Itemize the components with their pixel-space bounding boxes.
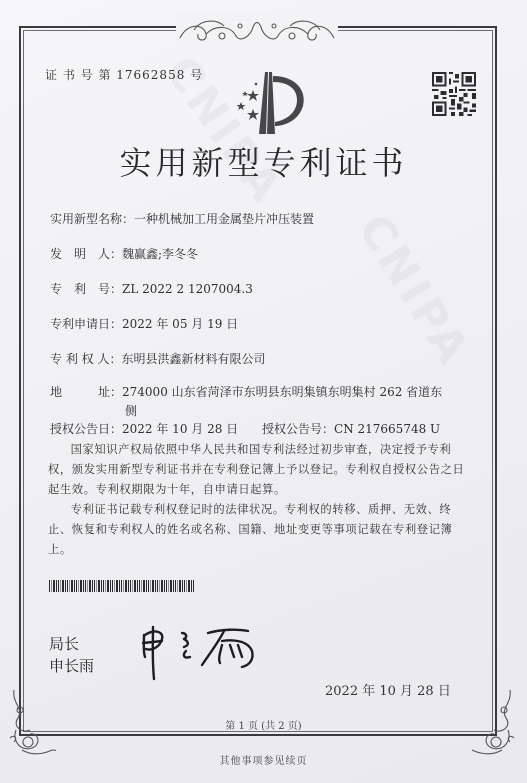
field-utility-model-name: 实用新型名称：一种机械加工用金属垫片冲压装置	[50, 210, 314, 227]
continue-note: 其他事项参见续页	[0, 752, 527, 767]
field-patentee: 专 利 权 人：东明县洪鑫新材料有限公司	[50, 350, 265, 367]
field-address: 地 址：274000 山东省菏泽市东明县东明集镇东明集村 262 省道东	[50, 383, 442, 400]
grant-announcement-number-label: 授权公告号：	[262, 422, 334, 436]
field-patent-number: 专 利 号：ZL 2022 2 1207004.3	[50, 280, 253, 297]
grant-announcement-date-label: 授权公告日：	[50, 420, 122, 437]
certificate-page: CNIPA CNIPA	[0, 0, 527, 783]
application-date-label: 专利申请日：	[50, 315, 122, 332]
barcode-icon	[49, 580, 194, 592]
signing-date: 2022 年 10 月 28 日	[325, 680, 451, 699]
top-ornament-icon	[176, 12, 338, 46]
patentee-label: 专 利 权 人：	[50, 350, 121, 367]
utility-model-name-label: 实用新型名称：	[50, 210, 134, 227]
certificate-title: 实用新型专利证书	[0, 138, 527, 184]
field-grant-announcement-date: 授权公告日：2022 年 10 月 28 日	[50, 420, 238, 437]
body-paragraph-1: 国家知识产权局依照中华人民共和国专利法经过初步审查，决定授予专利权，颁发实用新型…	[48, 440, 468, 500]
grant-announcement-date-value: 2022 年 10 月 28 日	[122, 420, 238, 437]
field-grant-announcement-number: 授权公告号：CN 217665748 U	[262, 420, 440, 437]
utility-model-name-value: 一种机械加工用金属垫片冲压装置	[134, 210, 314, 227]
grant-announcement-number-value: CN 217665748 U	[334, 422, 440, 436]
field-inventor: 发 明 人：魏赢鑫;李冬冬	[50, 245, 198, 262]
inventor-value: 魏赢鑫;李冬冬	[122, 245, 198, 262]
inventor-label: 发 明 人：	[50, 245, 122, 262]
address-value-continued: 侧	[125, 402, 137, 419]
address-value: 274000 山东省菏泽市东明县东明集镇东明集村 262 省道东	[122, 383, 442, 400]
qr-code-icon	[432, 72, 476, 116]
signatory-name: 申长雨	[49, 655, 94, 676]
patent-number-label: 专 利 号：	[50, 280, 122, 297]
field-application-date: 专利申请日：2022 年 05 月 19 日	[50, 315, 238, 332]
address-label: 地 址：	[50, 383, 122, 400]
cnipa-logo-icon	[215, 64, 310, 139]
signatory-role: 局长	[49, 633, 79, 654]
patentee-value: 东明县洪鑫新材料有限公司	[121, 350, 265, 367]
application-date-value: 2022 年 05 月 19 日	[122, 315, 238, 332]
patent-number-value: ZL 2022 2 1207004.3	[122, 282, 253, 296]
body-paragraph-2: 专利证书记载专利权登记时的法律状况。专利权的转移、质押、无效、终止、恢复和专利权…	[48, 500, 468, 560]
page-indicator: 第 1 页 (共 2 页)	[0, 717, 527, 732]
handwritten-signature-icon	[138, 623, 263, 681]
certificate-number: 证 书 号 第 17662858 号	[45, 66, 203, 83]
